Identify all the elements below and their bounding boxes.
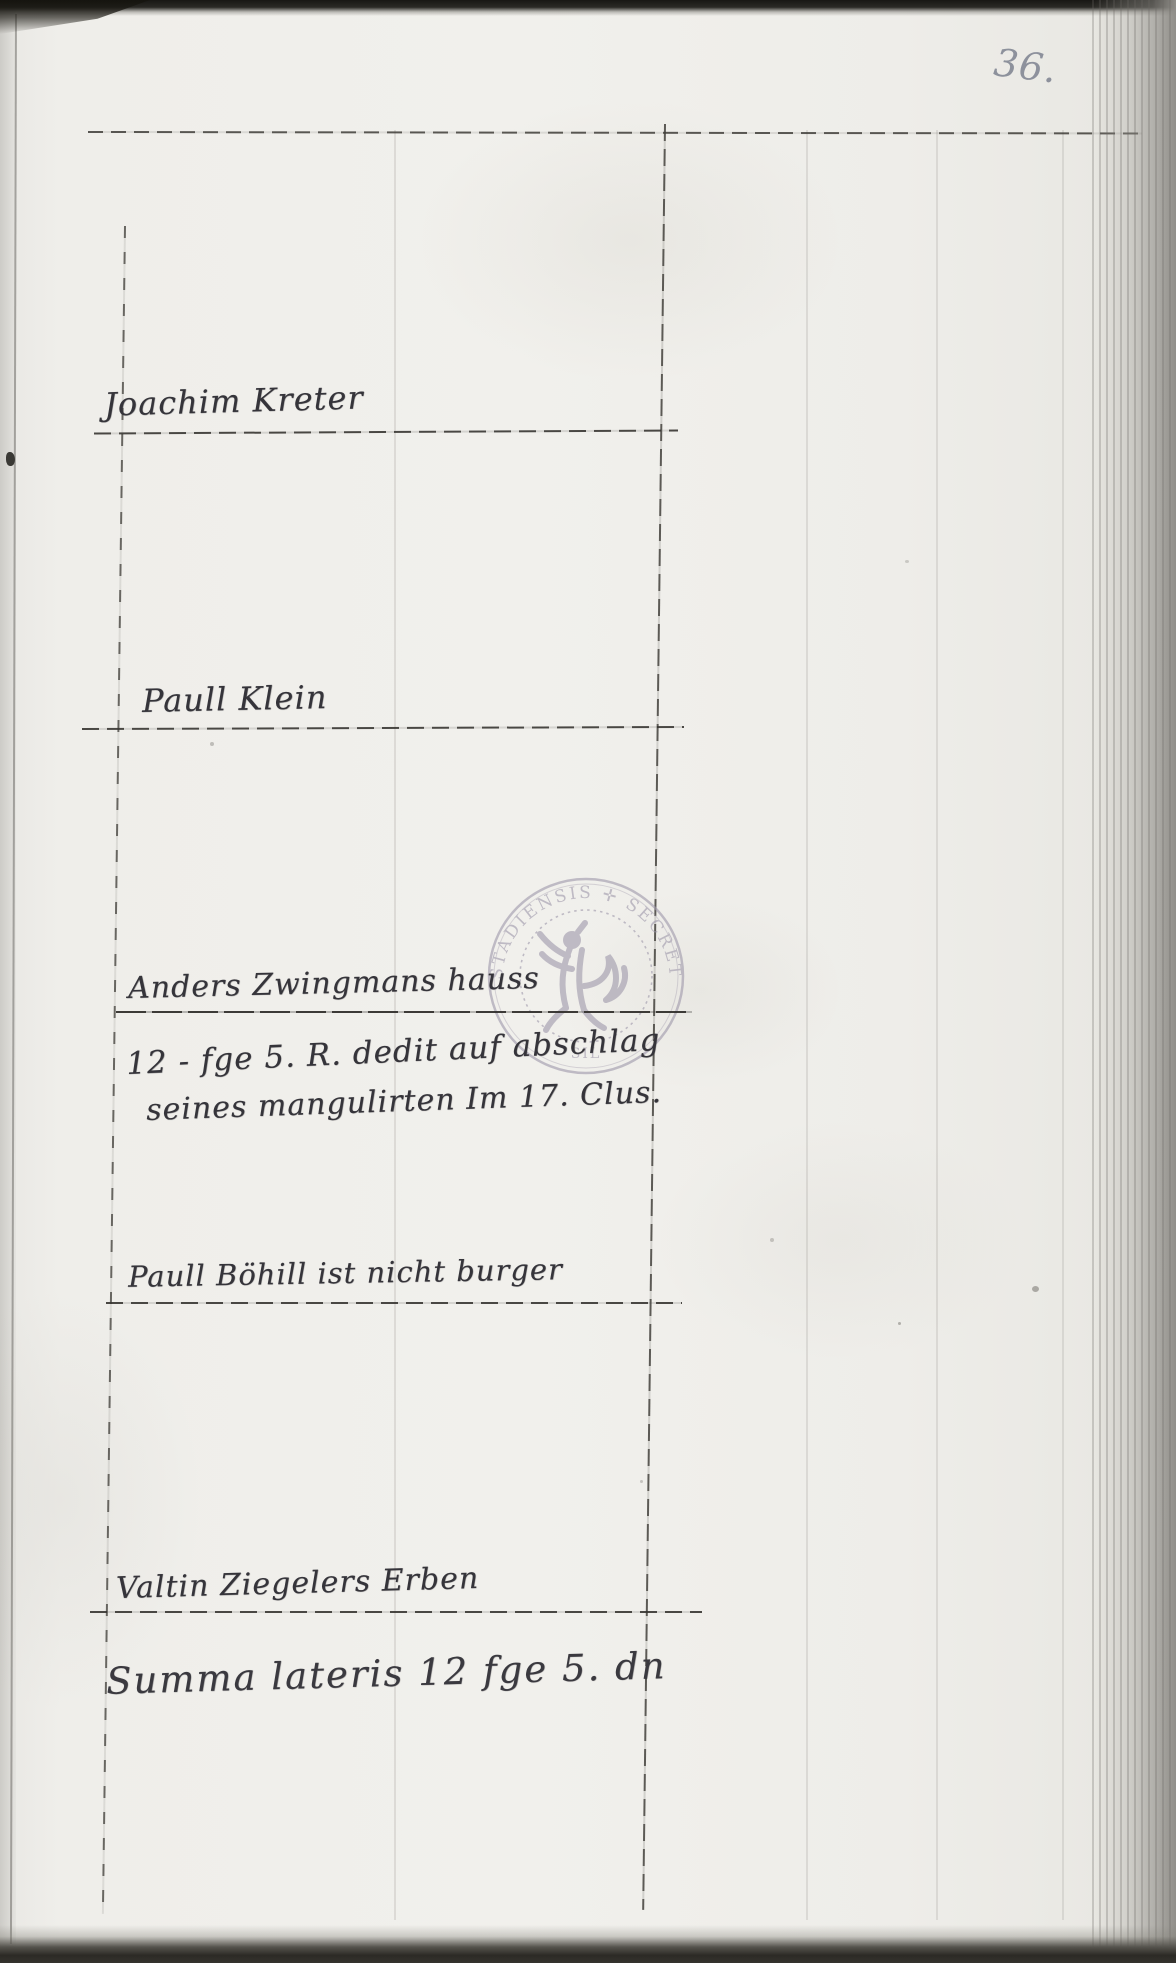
entry-name: Joachim Kreter — [104, 378, 365, 423]
entry-underline — [116, 1011, 692, 1013]
paper-crease — [936, 130, 938, 1920]
entry-underline — [106, 1302, 682, 1304]
book-edge-bottom — [0, 1925, 1176, 1963]
gutter-ink-speck — [6, 452, 15, 466]
paper-crease — [1062, 130, 1064, 1920]
paper-speck — [898, 1322, 901, 1325]
paper-speck — [905, 560, 909, 563]
entry-name: Valtin Ziegelers Erben — [116, 1561, 480, 1606]
entry-name: Paull Klein — [142, 678, 328, 720]
entry-note-line: seines mangulirten Im 17. Clus. — [146, 1075, 663, 1128]
paper-speck — [210, 742, 214, 746]
binding-corner-top-left — [0, 0, 150, 34]
entry-underline — [82, 726, 684, 730]
paper-speck — [640, 1480, 643, 1483]
summa-lateris-total: Summa lateris 12 fge 5. dn — [106, 1644, 668, 1703]
page-number: 36. — [992, 40, 1060, 91]
paper-crease — [806, 130, 808, 1920]
rampant-lion-icon — [540, 923, 625, 1030]
entry-underline — [90, 1611, 702, 1613]
paper-speck — [770, 1238, 774, 1242]
binding-edge-top — [0, 0, 1176, 16]
entry-name: Anders Zwingmans hauss — [128, 961, 540, 1006]
scanned-ledger-page: STADIENSIS ✛ SECRETUM SIL Joachim Kreter… — [0, 0, 1176, 1963]
stacked-page-edges-right — [1092, 0, 1176, 1963]
paper-speck — [1032, 1286, 1039, 1292]
top-ruled-line — [88, 131, 1142, 134]
entry-name: Paull Böhill ist nicht burger — [128, 1252, 563, 1294]
entry-underline — [94, 429, 678, 434]
